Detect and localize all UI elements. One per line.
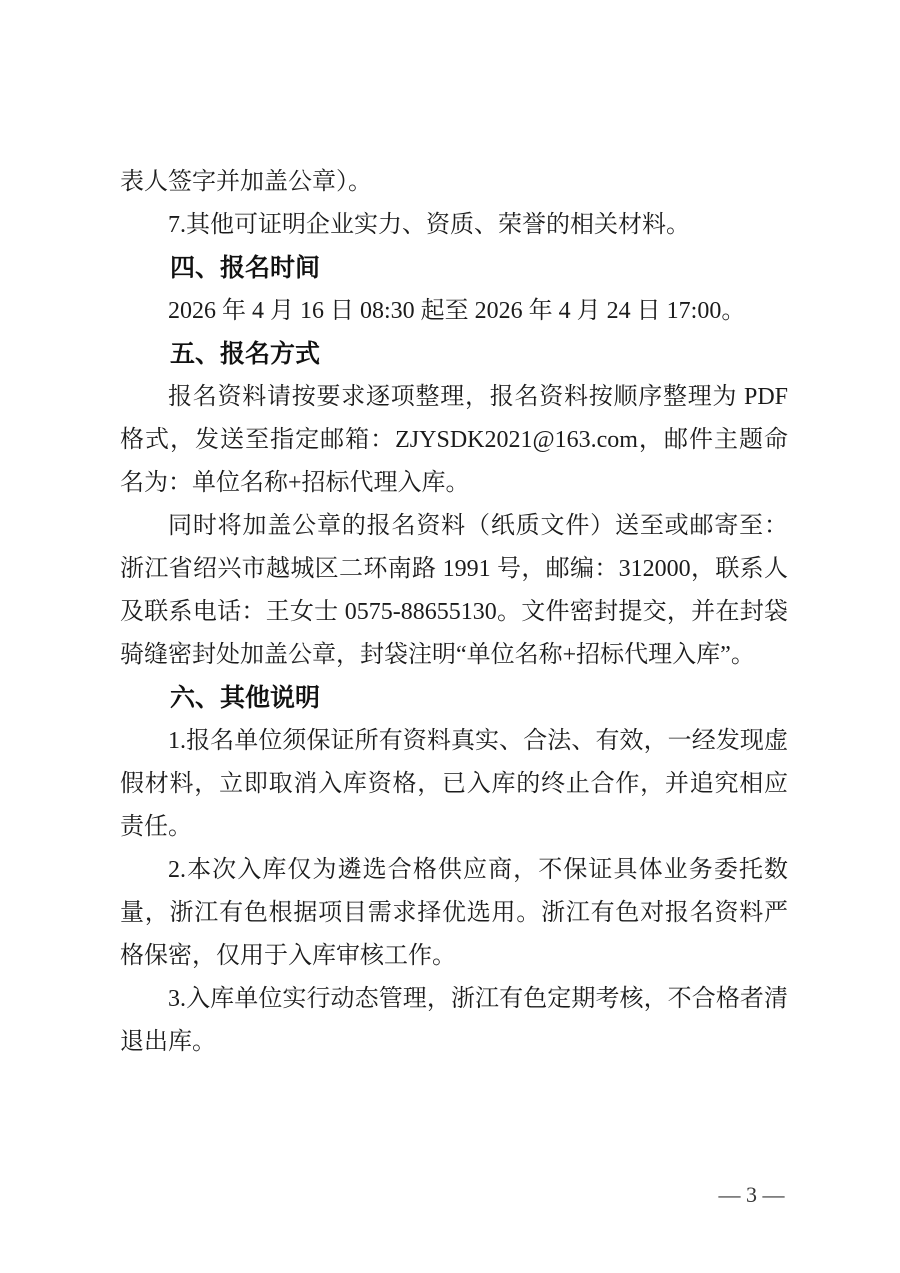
section-heading: 六、其他说明: [120, 677, 788, 720]
page-number: — 3 —: [660, 1180, 843, 1210]
document-paragraph: 同时将加盖公章的报名资料（纸质文件）送至或邮寄至：浙江省绍兴市越城区二环南路 1…: [120, 505, 788, 677]
document-page: 表人签字并加盖公章）。7.其他可证明企业实力、资质、荣誉的相关材料。四、报名时间…: [0, 0, 900, 1273]
document-paragraph: 1.报名单位须保证所有资料真实、合法、有效，一经发现虚假材料，立即取消入库资格，…: [120, 720, 788, 849]
document-paragraph: 表人签字并加盖公章）。: [120, 161, 788, 204]
document-paragraph: 7.其他可证明企业实力、资质、荣誉的相关材料。: [120, 204, 788, 247]
section-heading: 五、报名方式: [120, 333, 788, 376]
document-paragraph: 2.本次入库仅为遴选合格供应商，不保证具体业务委托数量，浙江有色根据项目需求择优…: [120, 849, 788, 978]
section-heading: 四、报名时间: [120, 247, 788, 290]
document-paragraph: 3.入库单位实行动态管理，浙江有色定期考核，不合格者清退出库。: [120, 978, 788, 1064]
document-paragraph: 2026 年 4 月 16 日 08:30 起至 2026 年 4 月 24 日…: [120, 290, 788, 333]
document-body: 表人签字并加盖公章）。7.其他可证明企业实力、资质、荣誉的相关材料。四、报名时间…: [120, 161, 788, 1064]
document-paragraph: 报名资料请按要求逐项整理，报名资料按顺序整理为 PDF 格式，发送至指定邮箱：Z…: [120, 376, 788, 505]
